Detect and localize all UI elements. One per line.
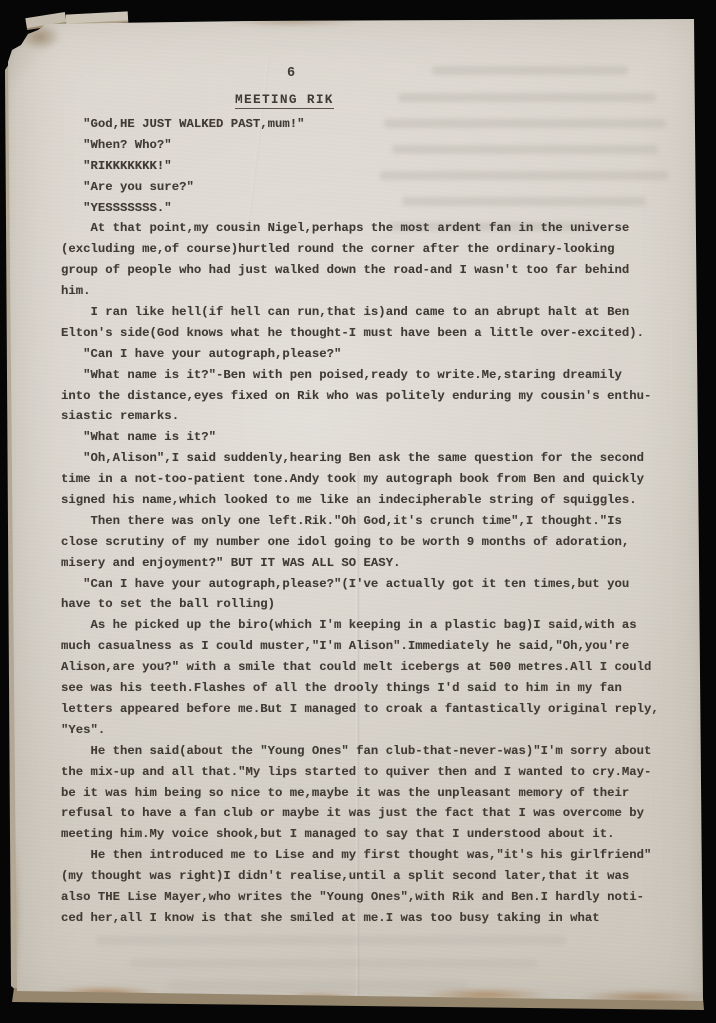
text-line: much casualness as I could muster,"I'm A… — [61, 636, 681, 657]
text-line: (my thought was right)I didn't realise,u… — [61, 866, 681, 887]
text-line: close scrutiny of my number one idol goi… — [61, 532, 681, 553]
text-line: He then said(about the "Young Ones" fan … — [61, 741, 681, 762]
text-line: "What name is it?"-Ben with pen poised,r… — [61, 365, 681, 386]
typewritten-text: "God,HE JUST WALKED PAST,mum!" "When? Wh… — [61, 114, 681, 929]
page-number: 6 — [287, 66, 295, 81]
text-line: him. — [61, 281, 681, 302]
text-line: (excluding me,of course)hurtled round th… — [61, 239, 681, 260]
text-line: group of people who had just walked down… — [61, 260, 681, 281]
text-line: At that point,my cousin Nigel,perhaps th… — [61, 218, 681, 239]
showthrough-text-line — [130, 959, 538, 968]
text-line: Alison,are you?" with a smile that could… — [61, 657, 681, 678]
text-line: "Can I have your autograph,please?" — [61, 344, 681, 365]
showthrough-text-line — [96, 936, 566, 945]
text-line: "When? Who?" — [61, 135, 681, 156]
text-line: see was his teeth.Flashes of all the dro… — [61, 678, 681, 699]
page-title: MEETING RIK — [235, 92, 334, 109]
text-line: misery and enjoyment?" BUT IT WAS ALL SO… — [61, 553, 681, 574]
text-line: the mix-up and all that."My lips started… — [61, 762, 681, 783]
text-line: Elton's side(God knows what he thought-I… — [61, 323, 681, 344]
text-line: siastic remarks. — [61, 406, 681, 427]
text-line: As he picked up the biro(which I'm keepi… — [61, 615, 681, 636]
photo-background: 6 MEETING RIK "God,HE JUST WALKED PAST,m… — [0, 0, 716, 1023]
text-line: "Yes". — [61, 720, 681, 741]
text-line: "RIKKKKKKK!" — [61, 156, 681, 177]
rust-stain — [226, 16, 356, 26]
document-page: 6 MEETING RIK "God,HE JUST WALKED PAST,m… — [0, 0, 716, 1023]
text-line: be it was him being so nice to me,maybe … — [61, 783, 681, 804]
showthrough-text-line — [398, 93, 656, 102]
text-line: "Oh,Alison",I said suddenly,hearing Ben … — [61, 448, 681, 469]
text-line: "God,HE JUST WALKED PAST,mum!" — [61, 114, 681, 135]
text-line: time in a not-too-patient tone.Andy took… — [61, 469, 681, 490]
text-line: meeting him.My voice shook,but I managed… — [61, 824, 681, 845]
text-line: letters appeared before me.But I managed… — [61, 699, 681, 720]
text-line: ced her,all I know is that she smiled at… — [61, 908, 681, 929]
text-line: I ran like hell(if hell can run,that is)… — [61, 302, 681, 323]
showthrough-text-line — [432, 66, 628, 75]
text-line: He then introduced me to Lise and my fir… — [61, 845, 681, 866]
text-line: "Can I have your autograph,please?"(I've… — [61, 574, 681, 595]
text-line: Then there was only one left.Rik."Oh God… — [61, 511, 681, 532]
text-line: into the distance,eyes fixed on Rik who … — [61, 386, 681, 407]
text-line: "What name is it?" — [61, 427, 681, 448]
text-line: also THE Lise Mayer,who writes the "Youn… — [61, 887, 681, 908]
text-line: signed his name,which looked to me like … — [61, 490, 681, 511]
text-line: "YESSSSSSS." — [61, 198, 681, 219]
text-line: have to set the ball rolling) — [61, 594, 681, 615]
text-line: "Are you sure?" — [61, 177, 681, 198]
text-line: refusal to have a fan club or maybe it w… — [61, 803, 681, 824]
